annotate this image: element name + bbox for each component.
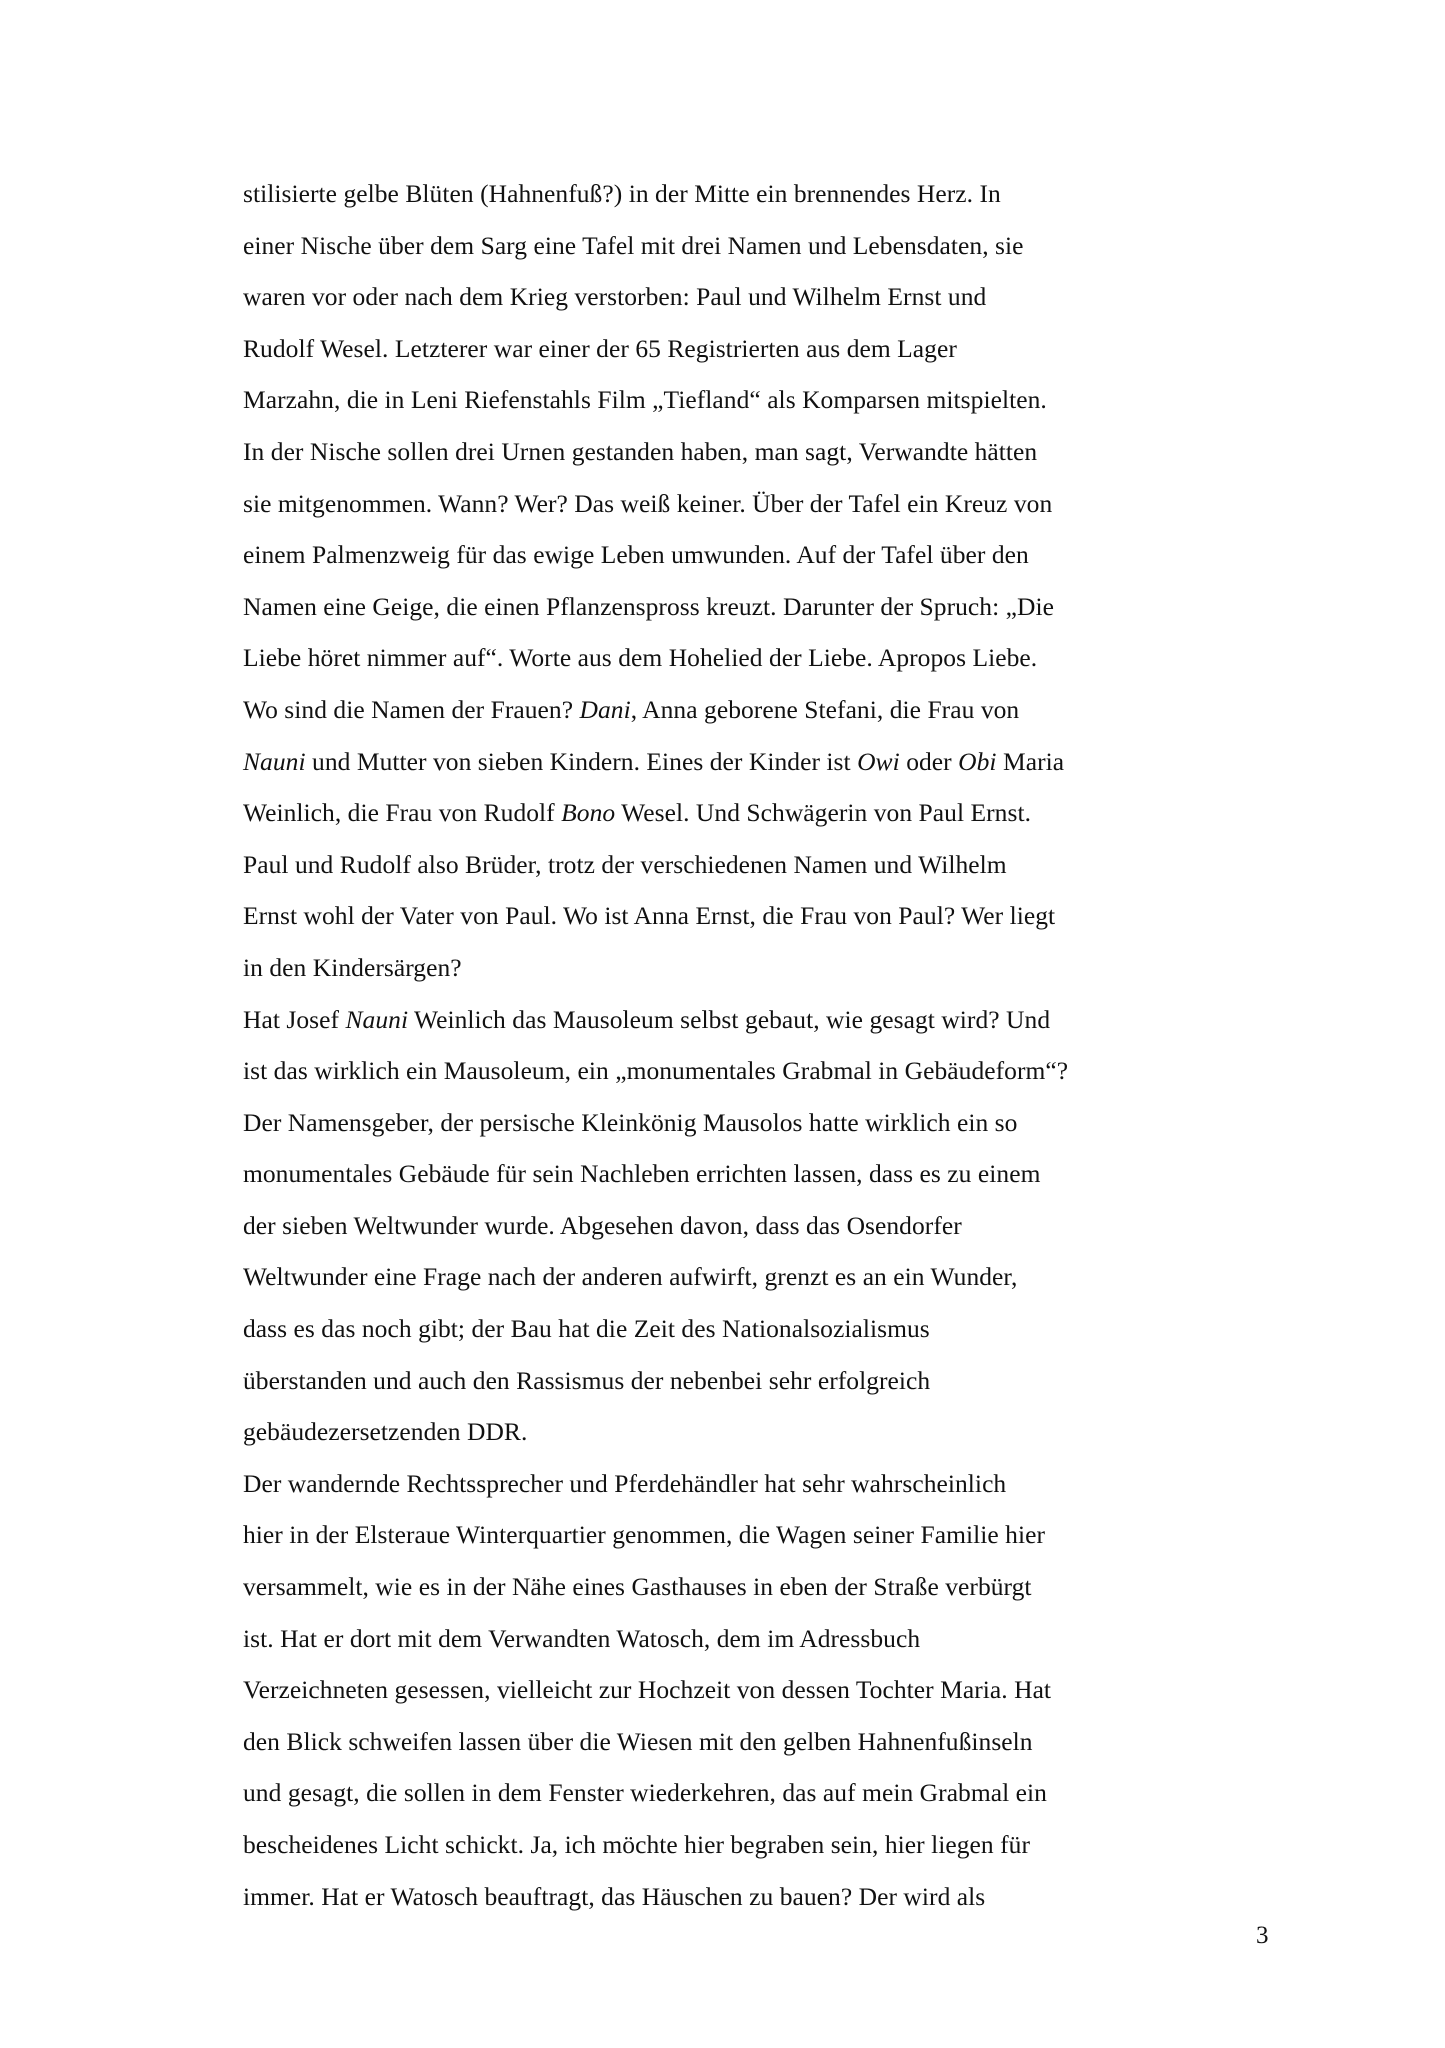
text-line: waren vor oder nach dem Krieg verstorben… — [243, 271, 1243, 323]
text-line: Namen eine Geige, die einen Pflanzenspro… — [243, 581, 1243, 633]
body-text: stilisierte gelbe Blüten (Hahnenfuß?) in… — [243, 168, 1243, 1922]
text-line: den Blick schweifen lassen über die Wies… — [243, 1716, 1243, 1768]
italic-name: Dani — [580, 695, 631, 724]
text-segment: Ernst wohl der Vater von Paul. Wo ist An… — [243, 901, 1055, 930]
text-line: in den Kindersärgen? — [243, 942, 1243, 994]
text-line: Weltwunder eine Frage nach der anderen a… — [243, 1251, 1243, 1303]
text-segment: dass es das noch gibt; der Bau hat die Z… — [243, 1314, 930, 1343]
text-line: Verzeichneten gesessen, vielleicht zur H… — [243, 1664, 1243, 1716]
text-line: bescheidenes Licht schickt. Ja, ich möch… — [243, 1819, 1243, 1871]
text-segment: und Mutter von sieben Kindern. Eines der… — [306, 747, 858, 776]
text-segment: Paul und Rudolf also Brüder, trotz der v… — [243, 850, 1007, 879]
text-segment: überstanden und auch den Rassismus der n… — [243, 1366, 930, 1395]
text-line: versammelt, wie es in der Nähe eines Gas… — [243, 1561, 1243, 1613]
text-line: Liebe höret nimmer auf“. Worte aus dem H… — [243, 632, 1243, 684]
text-segment: den Blick schweifen lassen über die Wies… — [243, 1727, 1033, 1756]
text-line: ist. Hat er dort mit dem Verwandten Wato… — [243, 1613, 1243, 1665]
text-segment: hier in der Elsteraue Winterquartier gen… — [243, 1520, 1045, 1549]
text-segment: In der Nische sollen drei Urnen gestande… — [243, 437, 1037, 466]
text-line: Marzahn, die in Leni Riefenstahls Film „… — [243, 374, 1243, 426]
text-segment: ist. Hat er dort mit dem Verwandten Wato… — [243, 1624, 920, 1653]
italic-name: Obi — [958, 747, 996, 776]
text-line: Hat Josef Nauni Weinlich das Mausoleum s… — [243, 994, 1243, 1046]
text-segment: ist das wirklich ein Mausoleum, ein „mon… — [243, 1056, 1068, 1085]
text-line: Paul und Rudolf also Brüder, trotz der v… — [243, 839, 1243, 891]
text-segment: gebäudezersetzenden DDR. — [243, 1417, 527, 1446]
text-line: überstanden und auch den Rassismus der n… — [243, 1355, 1243, 1407]
text-segment: Liebe höret nimmer auf“. Worte aus dem H… — [243, 643, 1037, 672]
text-segment: sie mitgenommen. Wann? Wer? Das weiß kei… — [243, 489, 1052, 518]
text-line: einem Palmenzweig für das ewige Leben um… — [243, 529, 1243, 581]
text-segment: Der wandernde Rechtssprecher und Pferdeh… — [243, 1469, 1006, 1498]
text-line: gebäudezersetzenden DDR. — [243, 1406, 1243, 1458]
italic-name: Owi — [857, 747, 900, 776]
text-segment: Marzahn, die in Leni Riefenstahls Film „… — [243, 385, 1047, 414]
text-line: In der Nische sollen drei Urnen gestande… — [243, 426, 1243, 478]
text-segment: Verzeichneten gesessen, vielleicht zur H… — [243, 1675, 1051, 1704]
text-segment: Namen eine Geige, die einen Pflanzenspro… — [243, 592, 1054, 621]
text-line: einer Nische über dem Sarg eine Tafel mi… — [243, 220, 1243, 272]
text-segment: in den Kindersärgen? — [243, 953, 462, 982]
text-segment: immer. Hat er Watosch beauftragt, das Hä… — [243, 1882, 985, 1911]
text-segment: einem Palmenzweig für das ewige Leben um… — [243, 540, 1029, 569]
text-segment: einer Nische über dem Sarg eine Tafel mi… — [243, 231, 1024, 260]
text-line: Der Namensgeber, der persische Kleinköni… — [243, 1097, 1243, 1149]
text-line: dass es das noch gibt; der Bau hat die Z… — [243, 1303, 1243, 1355]
text-segment: Rudolf Wesel. Letzterer war einer der 65… — [243, 334, 957, 363]
document-page: stilisierte gelbe Blüten (Hahnenfuß?) in… — [0, 0, 1445, 2048]
text-segment: Weinlich, die Frau von Rudolf — [243, 798, 561, 827]
text-segment: oder — [900, 747, 958, 776]
text-segment: der sieben Weltwunder wurde. Abgesehen d… — [243, 1211, 962, 1240]
text-line: und gesagt, die sollen in dem Fenster wi… — [243, 1767, 1243, 1819]
text-line: Rudolf Wesel. Letzterer war einer der 65… — [243, 323, 1243, 375]
page-number: 3 — [1256, 1921, 1269, 1951]
text-segment: und gesagt, die sollen in dem Fenster wi… — [243, 1778, 1047, 1807]
text-segment: versammelt, wie es in der Nähe eines Gas… — [243, 1572, 1032, 1601]
text-line: Der wandernde Rechtssprecher und Pferdeh… — [243, 1458, 1243, 1510]
text-segment: stilisierte gelbe Blüten (Hahnenfuß?) in… — [243, 179, 1001, 208]
text-segment: Wesel. Und Schwägerin von Paul Ernst. — [615, 798, 1031, 827]
text-segment: , Anna geborene Stefani, die Frau von — [631, 695, 1020, 724]
text-segment: Weinlich das Mausoleum selbst gebaut, wi… — [408, 1005, 1050, 1034]
text-line: der sieben Weltwunder wurde. Abgesehen d… — [243, 1200, 1243, 1252]
text-line: stilisierte gelbe Blüten (Hahnenfuß?) in… — [243, 168, 1243, 220]
text-line: hier in der Elsteraue Winterquartier gen… — [243, 1509, 1243, 1561]
text-line: Wo sind die Namen der Frauen? Dani, Anna… — [243, 684, 1243, 736]
italic-name: Bono — [561, 798, 615, 827]
text-line: immer. Hat er Watosch beauftragt, das Hä… — [243, 1871, 1243, 1923]
text-line: sie mitgenommen. Wann? Wer? Das weiß kei… — [243, 478, 1243, 530]
text-line: Ernst wohl der Vater von Paul. Wo ist An… — [243, 890, 1243, 942]
text-segment: Der Namensgeber, der persische Kleinköni… — [243, 1108, 1017, 1137]
text-segment: Weltwunder eine Frage nach der anderen a… — [243, 1262, 1017, 1291]
text-line: Nauni und Mutter von sieben Kindern. Ein… — [243, 736, 1243, 788]
italic-name: Nauni — [243, 747, 306, 776]
text-line: Weinlich, die Frau von Rudolf Bono Wesel… — [243, 787, 1243, 839]
text-segment: Wo sind die Namen der Frauen? — [243, 695, 580, 724]
text-line: monumentales Gebäude für sein Nachleben … — [243, 1148, 1243, 1200]
text-segment: monumentales Gebäude für sein Nachleben … — [243, 1159, 1040, 1188]
text-line: ist das wirklich ein Mausoleum, ein „mon… — [243, 1045, 1243, 1097]
text-segment: Maria — [997, 747, 1065, 776]
text-segment: waren vor oder nach dem Krieg verstorben… — [243, 282, 986, 311]
text-segment: bescheidenes Licht schickt. Ja, ich möch… — [243, 1830, 1030, 1859]
text-segment: Hat Josef — [243, 1005, 345, 1034]
italic-name: Nauni — [345, 1005, 408, 1034]
